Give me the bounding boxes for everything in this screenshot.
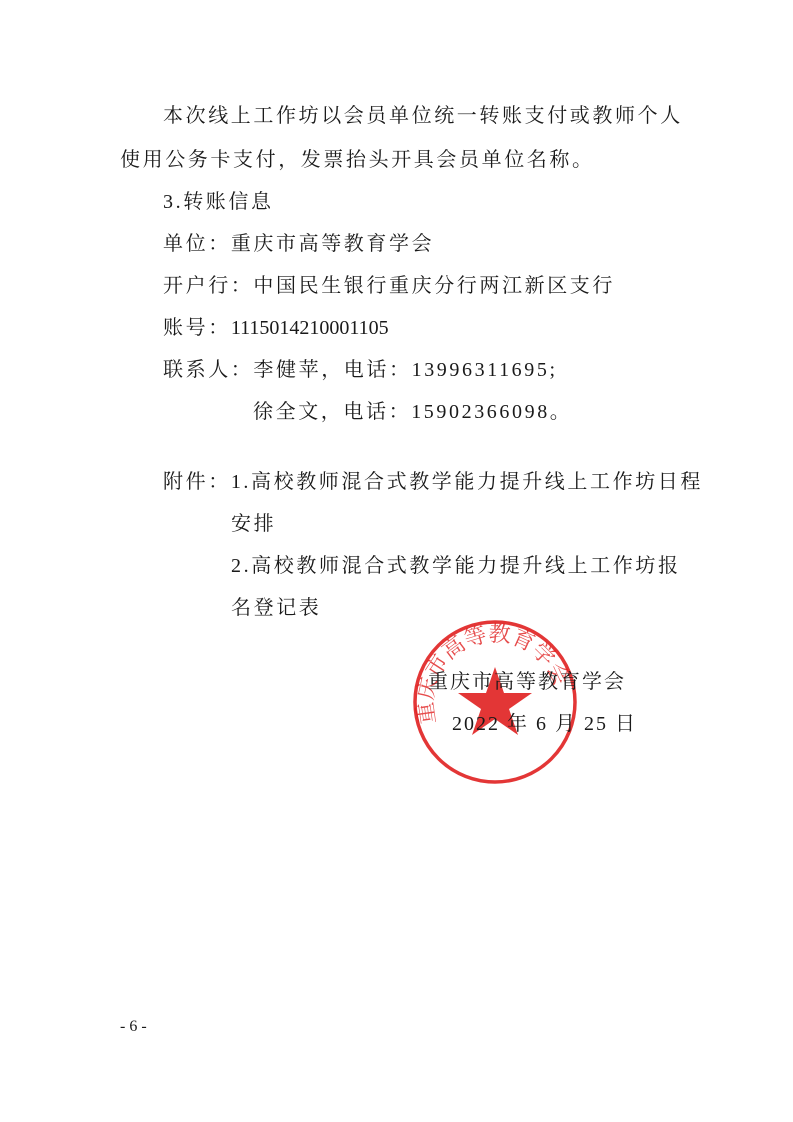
unit-label: 单位： [163, 233, 231, 255]
attachment-label: 附件： [163, 471, 231, 493]
bank-value: 中国民生银行重庆分行两江新区支行 [253, 275, 615, 297]
unit-row: 单位：重庆市高等教育学会 [163, 230, 434, 258]
signature-date: 2022 年 6 月 25 日 [452, 710, 637, 738]
attachment-item-1-cont: 安排 [231, 510, 276, 538]
account-label: 账号： [163, 317, 231, 339]
attachment-row-1: 附件：1.高校教师混合式教学能力提升线上工作坊日程 [163, 468, 703, 496]
attachment-item-2-cont: 名登记表 [231, 594, 321, 622]
section-heading-transfer-info: 3.转账信息 [163, 188, 274, 216]
contact-row-1: 联系人：李健苹，电话：13996311695; [163, 356, 558, 384]
payment-paragraph-line-1: 本次线上工作坊以会员单位统一转账支付或教师个人 [163, 102, 683, 130]
page-number: - 6 - [120, 1018, 147, 1036]
account-value: 1115014210001105 [231, 317, 389, 339]
contact-label: 联系人： [163, 359, 253, 381]
contact-2: 徐全文，电话：15902366098。 [253, 398, 572, 426]
unit-value: 重庆市高等教育学会 [231, 233, 434, 255]
bank-row: 开户行：中国民生银行重庆分行两江新区支行 [163, 272, 615, 300]
contact-1: 李健苹，电话：13996311695; [253, 359, 557, 381]
attachment-item-1: 1.高校教师混合式教学能力提升线上工作坊日程 [231, 471, 703, 493]
official-seal-icon: 重庆市高等教育学会 [410, 617, 580, 787]
attachment-item-2: 2.高校教师混合式教学能力提升线上工作坊报 [231, 552, 681, 580]
signature-organization: 重庆市高等教育学会 [428, 668, 626, 696]
bank-label: 开户行： [163, 275, 253, 297]
payment-paragraph-line-2: 使用公务卡支付，发票抬头开具会员单位名称。 [120, 146, 595, 174]
account-row: 账号：1115014210001105 [163, 314, 389, 342]
